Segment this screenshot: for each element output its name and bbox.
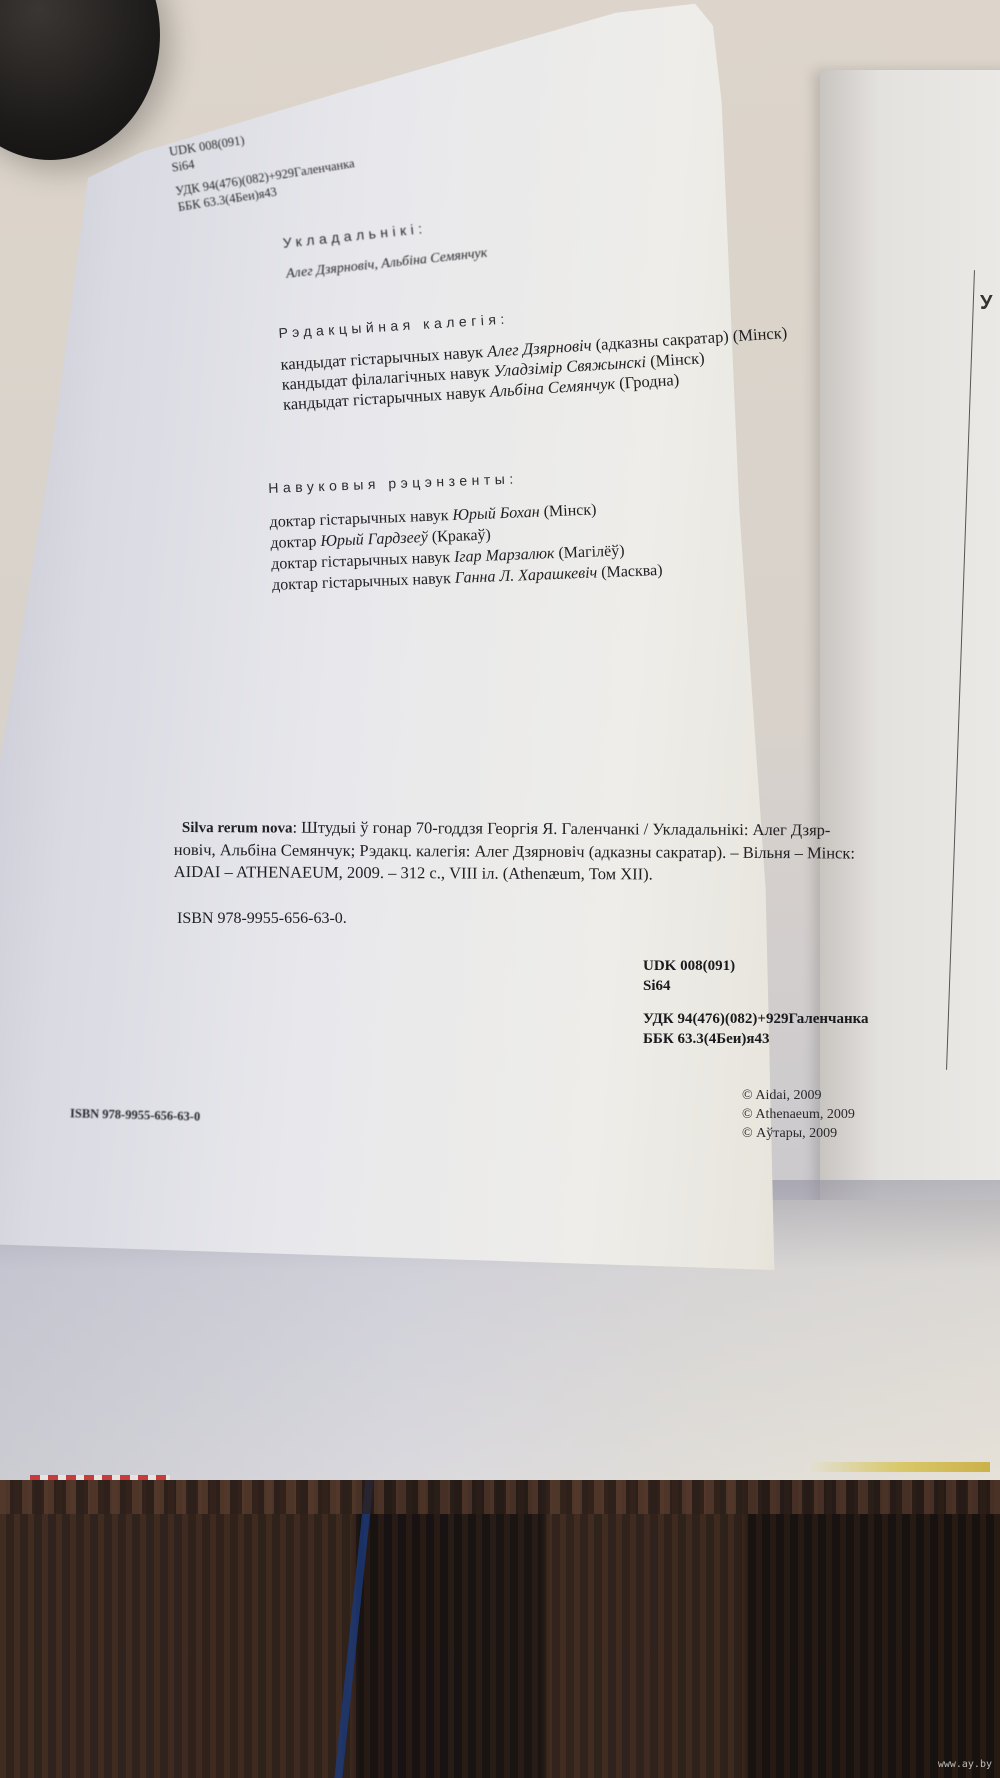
page-sheet xyxy=(0,0,880,1270)
watermark: www.ay.by xyxy=(938,1759,992,1770)
bibliographic-record: Silva rerum nova: Штудыі ў гонар 70-годд… xyxy=(182,816,856,887)
carpet xyxy=(0,1480,1000,1778)
classification-codes: UDK 008(091) Si64 УДК 94(476)(082)+929Га… xyxy=(643,956,869,1049)
reviewers-section: Навуковыя рэцэнзенты: доктар гістарычных… xyxy=(268,465,663,596)
copyright-line: © Athenaeum, 2009 xyxy=(742,1105,855,1124)
copyright-line: © Аўтары, 2009 xyxy=(742,1124,855,1143)
biblio-line-3: AIDAI – ATHENAEUM, 2009. – 312 с., VIII … xyxy=(174,861,855,887)
udk-latin: UDK 008(091) xyxy=(643,956,869,976)
bbk-code: ББК 63.3(4Беи)я43 xyxy=(643,1029,869,1049)
yellow-edge xyxy=(810,1462,990,1472)
isbn-main: ISBN 978-9955-656-63-0. xyxy=(177,910,347,928)
author-sign: Si64 xyxy=(643,976,869,996)
udk-code: УДК 94(476)(082)+929Галенчанка xyxy=(643,1009,869,1029)
book-title: Silva rerum nova xyxy=(182,820,293,837)
copyright-block: © Aidai, 2009 © Athenaeum, 2009 © Аўтары… xyxy=(742,1086,855,1143)
blue-edge xyxy=(334,1480,373,1778)
copyright-line: © Aidai, 2009 xyxy=(742,1086,855,1105)
carpet-border xyxy=(0,1480,1000,1514)
